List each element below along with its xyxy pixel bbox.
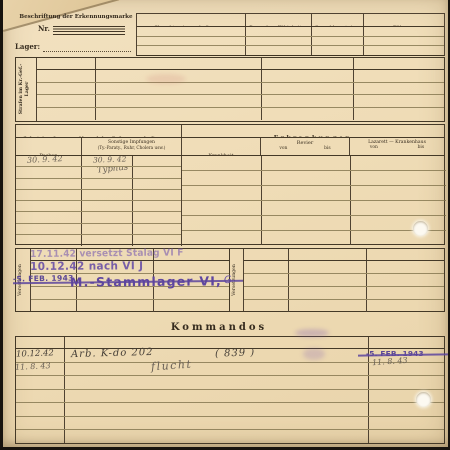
- traits-table: Charaktereigenschaften u. a. Besondere F…: [136, 13, 445, 56]
- transfer-stamp-line1: 17.11.42 versetzt Stalag VI F: [30, 247, 184, 260]
- illness-empty-row: [182, 231, 446, 245]
- vaccination-illness-section: Schutzimpfungen während der Gefangenscha…: [15, 124, 445, 245]
- scan-background: Beschriftung der Erkennungsmarke Nr. Lag…: [0, 0, 450, 450]
- transfer-stamp-line2: 10.12.42 nach VI J: [30, 259, 143, 273]
- kommandos-title: Kommandos: [3, 322, 435, 333]
- vaccination-row: Erfolg gegenTyphus gegen: [16, 167, 181, 178]
- idmark-nr-lines: [53, 26, 125, 36]
- kommando-row: [16, 417, 444, 431]
- vacc-col-sonstige-sub: (Ty.-Paraty., Ruhr, Cholera usw.): [82, 145, 181, 150]
- punch-hole-bottom: [416, 392, 431, 407]
- kommando1-art-note: ( 839 ): [215, 347, 256, 359]
- vaccination-row: Erfolg gegen gegen: [16, 212, 181, 223]
- traits-col-charakter: Charaktereigenschaften u. a.: [154, 25, 228, 26]
- vacc-sonstige-date: 30. 9. 42: [93, 156, 127, 165]
- illness-title: Erkrankungen: [274, 135, 353, 137]
- illness-empty-row: [182, 156, 446, 171]
- illness-lazarett-von: von: [370, 145, 378, 150]
- vaccination-row: Erfolg gegen gegen: [16, 190, 181, 201]
- illness-empty-row: [182, 171, 446, 186]
- vacc-pocken-date: 30. 9. 42: [27, 156, 63, 165]
- lager-label: Lager:: [15, 42, 40, 51]
- transfer-empty-row: [244, 300, 444, 312]
- idmark-title: Beschriftung der Erkennungsmarke: [14, 14, 138, 20]
- traits-col-sprachen: Sprachkenntnisse: [315, 25, 360, 26]
- illness-empty-row: [182, 201, 446, 216]
- transfer-empty-row: [31, 300, 229, 312]
- kommando-row: [16, 376, 444, 390]
- punishments-side-label: Strafen im Kr.-Gef.-Lager: [19, 58, 39, 120]
- traits-empty-row: [137, 27, 444, 37]
- traits-empty-row: [137, 37, 444, 47]
- illness-revier-von: von: [279, 146, 287, 151]
- vaccination-row: am am: [16, 224, 181, 235]
- traits-col-faehigkeiten: Besondere Fähigkeiten: [249, 25, 307, 26]
- illness-empty-row: [182, 216, 446, 231]
- illness-empty-row: [182, 186, 446, 201]
- kommando-row: [16, 403, 444, 417]
- vaccination-rows: am30. 9. 42 am30. 9. 42 am Erfolg gegenT…: [16, 156, 181, 246]
- kommando-row: [16, 430, 444, 443]
- pow-record-card: Beschriftung der Erkennungsmarke Nr. Lag…: [3, 0, 448, 447]
- punishments-section: Strafen im Kr.-Gef.-Lager Datum Grund de…: [15, 57, 445, 122]
- punish-empty-row: [37, 70, 444, 83]
- punish-empty-row: [37, 83, 444, 96]
- traits-col-fuehrung: Führung: [393, 25, 415, 26]
- transfer-empty-row: [244, 261, 444, 274]
- vaccination-title: Schutzimpfungen während der Gefangenscha…: [23, 136, 174, 137]
- vaccination-row: am am am: [16, 201, 181, 212]
- vacc-col-pocken: Pocken: [39, 153, 57, 155]
- transfers-right-section: Versetzungen Datum Grund der Versetzung …: [230, 248, 445, 312]
- punish-empty-row: [37, 108, 444, 120]
- vacc-against-value: Typhus: [97, 167, 129, 176]
- vaccination-row: gegen gegen: [16, 235, 181, 246]
- illness-rows: [181, 156, 446, 246]
- transfer-empty-row: [244, 287, 444, 300]
- stamp-smudge: [303, 348, 325, 360]
- vaccination-row: am30. 9. 42 am30. 9. 42 am: [16, 156, 181, 167]
- traits-empty-row: [137, 46, 444, 55]
- punch-hole-top: [413, 221, 428, 236]
- kommando1-datum: 10.12.42: [16, 348, 54, 359]
- vaccination-row: am am am: [16, 179, 181, 190]
- idmark-nr-label: Nr.: [38, 24, 50, 33]
- illness-lazarett-bis: bis: [418, 145, 424, 150]
- kommando1-art: Arb. K-do 202: [71, 347, 154, 360]
- punish-empty-row: [37, 95, 444, 108]
- punishments-side-strip: Strafen im Kr.-Gef.-Lager: [16, 58, 37, 121]
- lager-dotted-line: [43, 43, 131, 52]
- illness-col-krankheit: Krankheit: [208, 153, 233, 155]
- kommando-row: [16, 390, 444, 404]
- transfer-empty-row: [244, 274, 444, 287]
- kommando2-datum: 11. 8. 43: [15, 361, 51, 372]
- ink-smudge: [146, 74, 186, 84]
- illness-revier-bis: bis: [324, 146, 330, 151]
- stamp-smudge: [295, 329, 329, 337]
